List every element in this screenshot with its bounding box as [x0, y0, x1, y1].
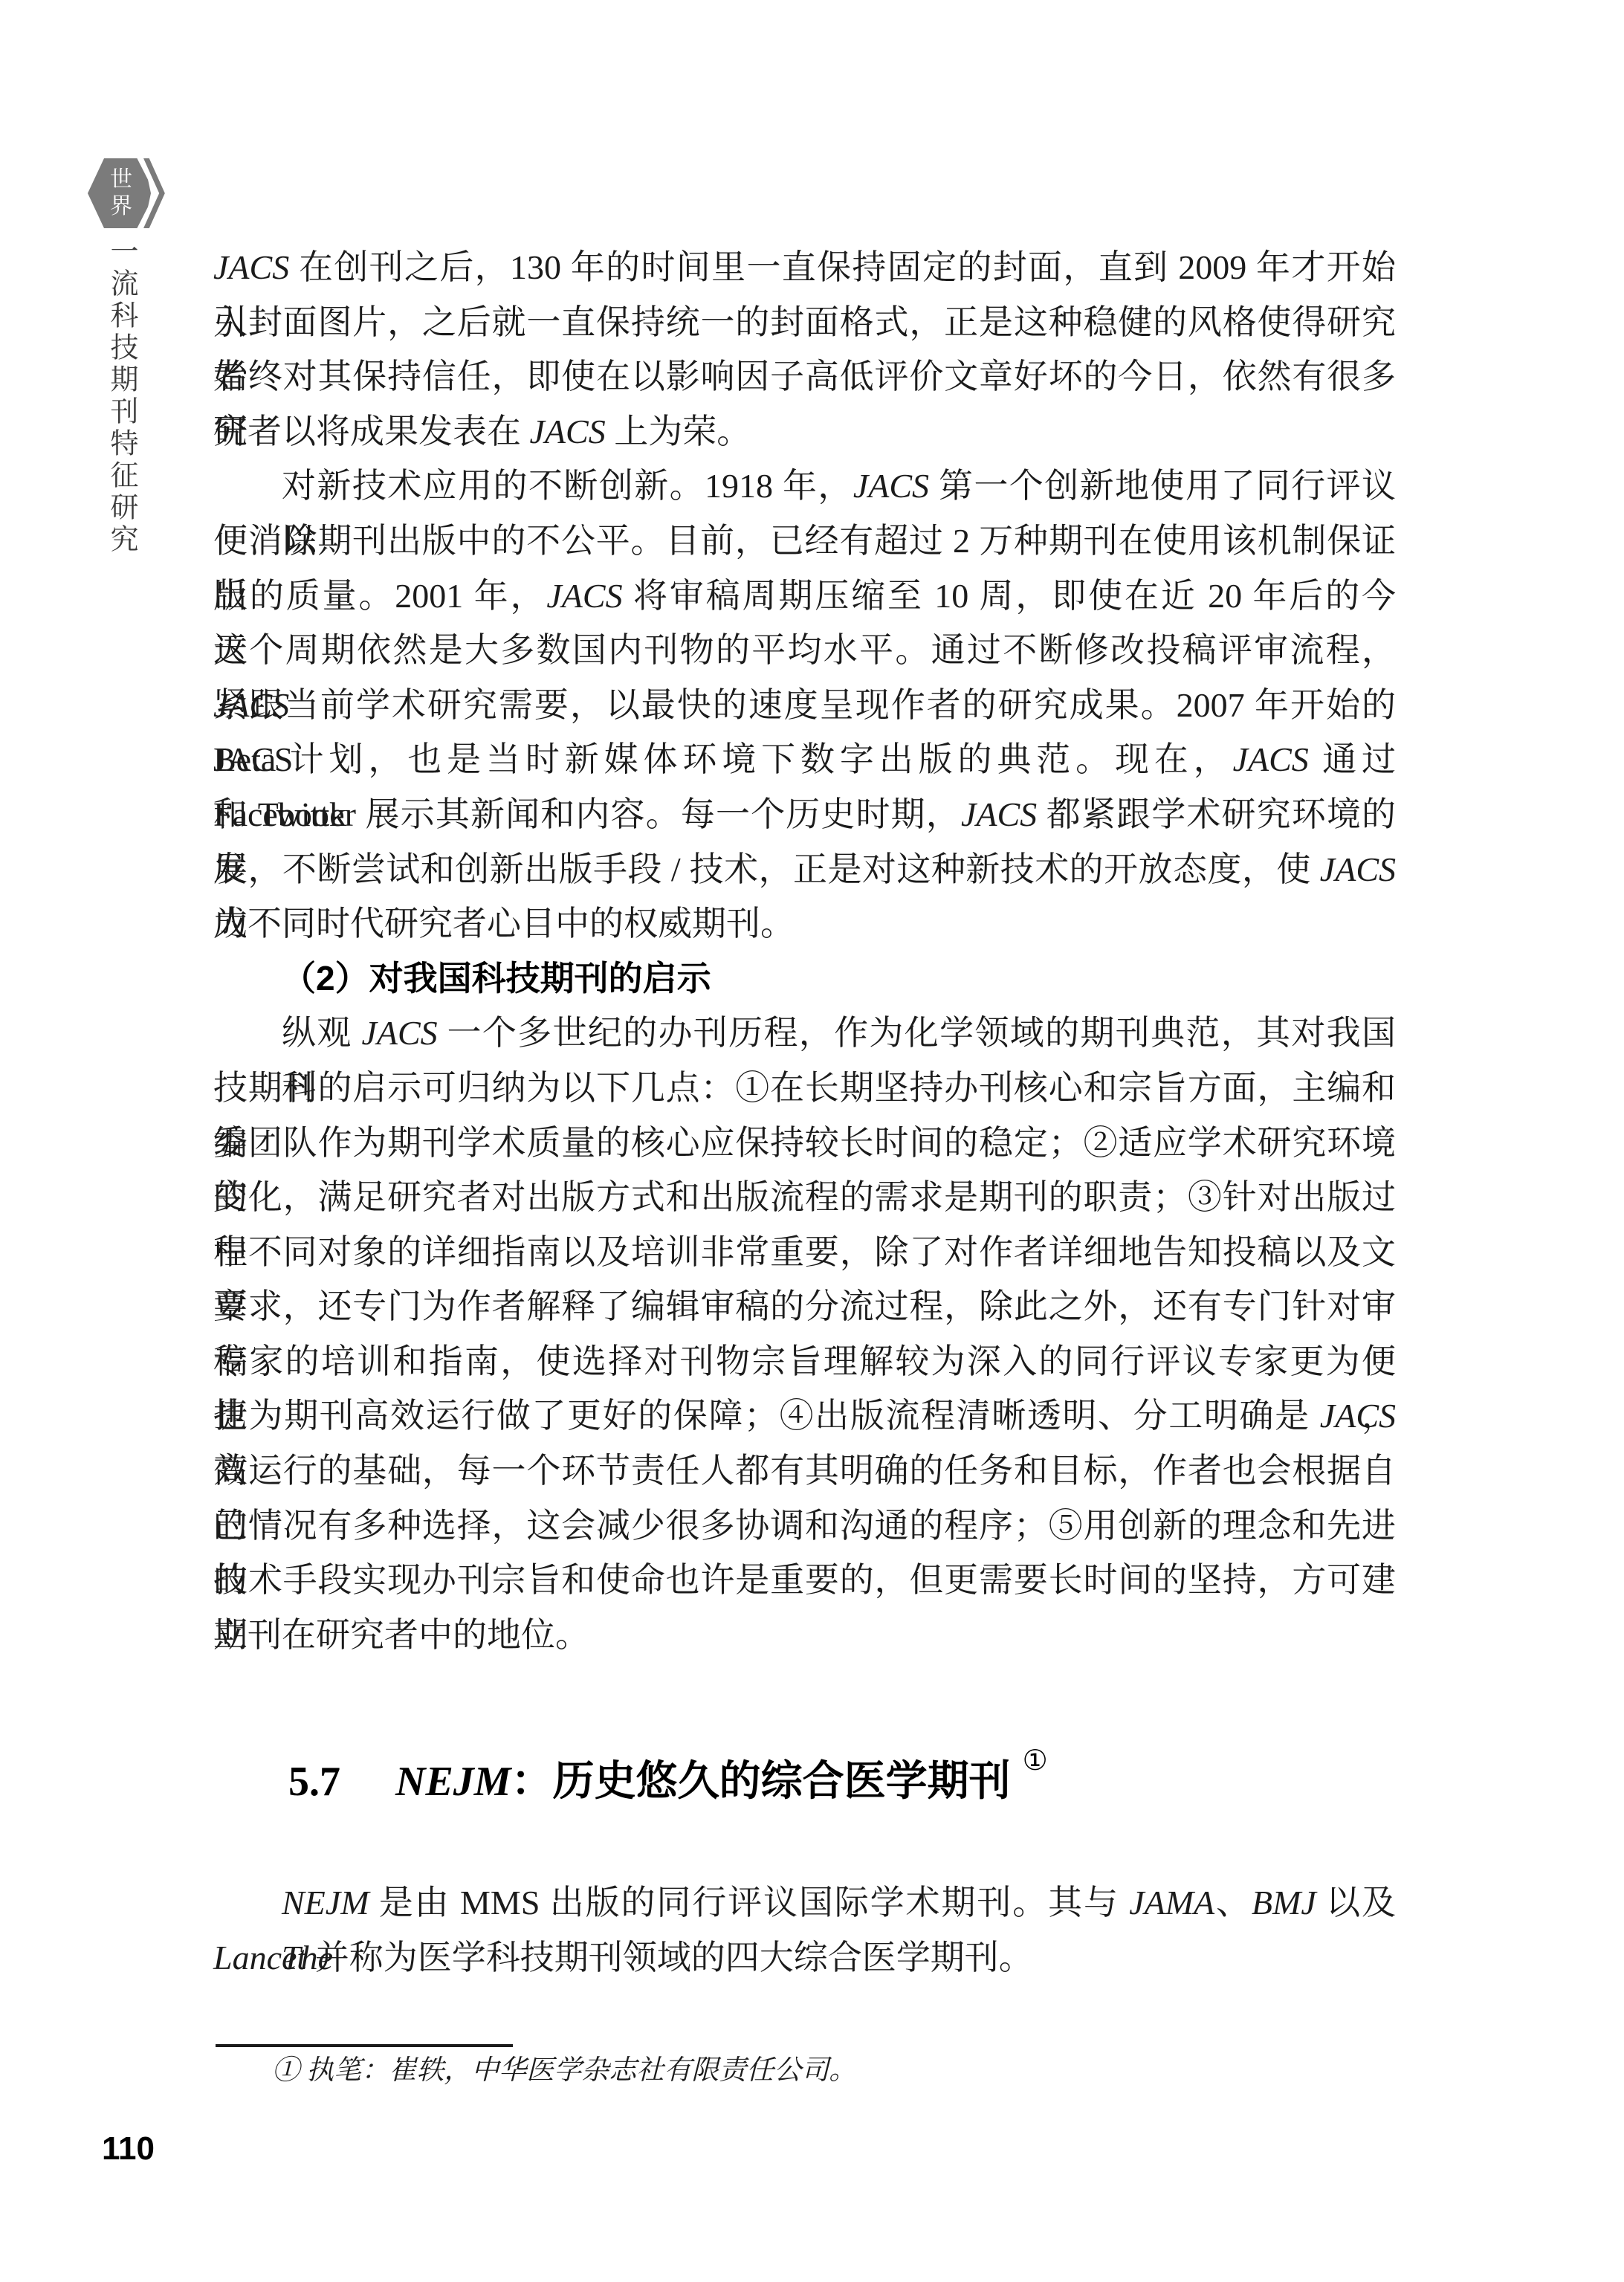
sidebar-book-title: 一流科技期刊特征研究	[106, 236, 137, 556]
text-run: 、	[1214, 1884, 1252, 1921]
journal-name-italic: JACS	[853, 467, 929, 505]
text-run: （2）对我国科技期刊的启示	[282, 959, 711, 998]
text-line: 也为期刊高效运行做了更好的保障；④出版流程清晰透明、分工明确是 JACS 高	[213, 1389, 1396, 1444]
journal-name-italic: JAMA	[1129, 1884, 1214, 1921]
chapter-badge: 世 界	[88, 158, 165, 228]
text-run: 展，不断尝试和创新出版手段 / 技术，正是对这种新技术的开放态度，使	[213, 850, 1320, 888]
page-number: 110	[102, 2130, 155, 2168]
text-line: 为不同时代研究者心目中的权威期刊。	[213, 896, 1396, 951]
text-line: 便消除期刊出版中的不公平。目前，已经有超过 2 万种期刊在使用该机制保证出	[213, 514, 1396, 569]
text-line: 对新技术应用的不断创新。1918 年，JACS 第一个创新地使用了同行评议以	[213, 459, 1396, 514]
text-run: 是由 MMS 出版的同行评议国际学术期刊。其与	[369, 1884, 1130, 1921]
footnote-divider	[216, 2044, 513, 2047]
text-run: Beta 计划，也是当时新媒体环境下数字出版的典范。现在，	[213, 740, 1233, 778]
section-title-text: ：历史悠久的综合医学期刊	[511, 1759, 1011, 1805]
text-run: 版的质量。2001 年，	[213, 577, 546, 615]
text-line: 究者以将成果发表在 JACS 上为荣。	[213, 404, 1396, 459]
journal-name-italic: JACS	[361, 1014, 437, 1052]
text-line: 变化，满足研究者对出版方式和出版流程的需求是期刊的职责；③针对出版过程	[213, 1170, 1396, 1225]
book-page: 世 界 一流科技期刊特征研究 JACS 在创刊之后，130 年的时间里一直保持固…	[0, 0, 1624, 2282]
journal-name-italic: JACS	[546, 577, 622, 615]
text-line: Beta 计划，也是当时新媒体环境下数字出版的典范。现在，JACS 通过 Fac…	[213, 732, 1396, 787]
text-line: 委团队作为期刊学术质量的核心应保持较长时间的稳定；②适应学术研究环境的	[213, 1116, 1396, 1171]
section-journal-name: NEJM	[395, 1759, 511, 1805]
text-line: 始终对其保持信任，即使在以影响因子高低评价文章好坏的今日，依然有很多研	[213, 349, 1396, 404]
journal-name-italic: NEJM	[282, 1884, 369, 1921]
text-line: 紧跟当前学术研究需要，以最快的速度呈现作者的研究成果。2007 年开始的 JAC…	[213, 678, 1396, 733]
text-line: 版的质量。2001 年，JACS 将审稿周期压缩至 10 周，即使在近 20 年…	[213, 569, 1396, 624]
section-heading: 5.7NEJM：历史悠久的综合医学期刊①	[288, 1756, 1048, 1812]
text-line: 期刊在研究者中的地位。	[213, 1608, 1396, 1663]
text-line: 和 Twitter 展示其新闻和内容。每一个历史时期，JACS 都紧跟学术研究环…	[213, 787, 1396, 842]
sub-heading: （2）对我国科技期刊的启示	[213, 951, 1396, 1006]
text-line: 中不同对象的详细指南以及培训非常重要，除了对作者详细地告知投稿以及文章	[213, 1225, 1396, 1280]
journal-name-italic: JACS	[1320, 850, 1396, 888]
text-run: 并称为医学科技期刊领域的四大综合医学期刊。	[306, 1939, 1033, 1976]
journal-name-italic: JACS	[1233, 740, 1309, 778]
text-line: 技期刊的启示可归纳为以下几点：①在长期坚持办刊核心和宗旨方面，主编和编	[213, 1061, 1396, 1116]
text-run: 以及	[1316, 1884, 1396, 1921]
text-run: 和 Twitter 展示其新闻和内容。每一个历史时期，	[213, 795, 961, 833]
text-line: 要求，还专门为作者解释了编辑审稿的分流过程，除此之外，还有专门针对审稿	[213, 1279, 1396, 1334]
journal-name-italic: Lancet	[213, 1939, 306, 1976]
section-footnote-mark: ①	[1023, 1745, 1048, 1777]
text-run: 这个周期依然是大多数国内刊物的平均水平。通过不断修改投稿评审流程，	[213, 631, 1396, 669]
nejm-paragraph: NEJM 是由 MMS 出版的同行评议国际学术期刊。其与 JAMA、BMJ 以及…	[213, 1875, 1396, 1985]
section-number: 5.7	[288, 1759, 340, 1805]
text-run: 对新技术应用的不断创新。1918 年，	[282, 467, 853, 505]
body-text: JACS 在创刊之后，130 年的时间里一直保持固定的封面，直到 2009 年才…	[213, 240, 1396, 1662]
text-run: 期刊在研究者中的地位。	[213, 1616, 589, 1654]
text-run: 上为荣。	[606, 413, 751, 450]
text-line: 入封面图片，之后就一直保持统一的封面格式，正是这种稳健的风格使得研究者	[213, 295, 1396, 350]
text-line: 这个周期依然是大多数国内刊物的平均水平。通过不断修改投稿评审流程，JACS	[213, 623, 1396, 678]
text-line: NEJM 是由 MMS 出版的同行评议国际学术期刊。其与 JAMA、BMJ 以及…	[213, 1875, 1396, 1930]
text-line: 专家的培训和指南，使选择对刊物宗旨理解较为深入的同行评议专家更为便捷，	[213, 1334, 1396, 1389]
text-run: 为不同时代研究者心目中的权威期刊。	[213, 905, 795, 943]
text-line: 纵观 JACS 一个多世纪的办刊历程，作为化学领域的期刊典范，其对我国科	[213, 1006, 1396, 1061]
text-line: JACS 在创刊之后，130 年的时间里一直保持固定的封面，直到 2009 年才…	[213, 240, 1396, 295]
badge-char-2: 界	[110, 194, 132, 219]
text-run: 纵观	[282, 1014, 361, 1052]
text-run: 究者以将成果发表在	[213, 413, 530, 450]
badge-char-1: 世	[110, 167, 132, 192]
journal-name-italic: JACS	[213, 248, 289, 286]
journal-name-italic: JACS	[1320, 1397, 1396, 1435]
text-line: 的情况有多种选择，这会减少很多协调和沟通的程序；⑤用创新的理念和先进的	[213, 1499, 1396, 1554]
text-line: 展，不断尝试和创新出版手段 / 技术，正是对这种新技术的开放态度，使 JACS …	[213, 842, 1396, 897]
text-line: Lancet 并称为医学科技期刊领域的四大综合医学期刊。	[213, 1930, 1396, 1985]
journal-name-italic: JACS	[530, 413, 606, 450]
text-line: 技术手段实现办刊宗旨和使命也许是重要的，但更需要长时间的坚持，方可建立	[213, 1553, 1396, 1608]
journal-name-italic: JACS	[961, 795, 1037, 833]
journal-name-italic: BMJ	[1252, 1884, 1316, 1921]
text-run: 也为期刊高效运行做了更好的保障；④出版流程清晰透明、分工明确是	[213, 1397, 1320, 1435]
footnote-text: ① 执笔：崔轶，中华医学杂志社有限责任公司。	[272, 2052, 856, 2090]
text-line: 效运行的基础，每一个环节责任人都有其明确的任务和目标，作者也会根据自己	[213, 1444, 1396, 1499]
